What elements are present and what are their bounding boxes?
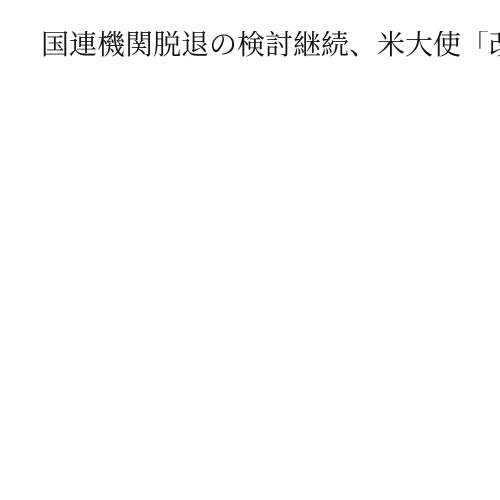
article-page: 国連機関脱退の検討継続、米大使「改革 [0, 0, 500, 500]
article-headline: 国連機関脱退の検討継続、米大使「改革 [41, 31, 500, 60]
